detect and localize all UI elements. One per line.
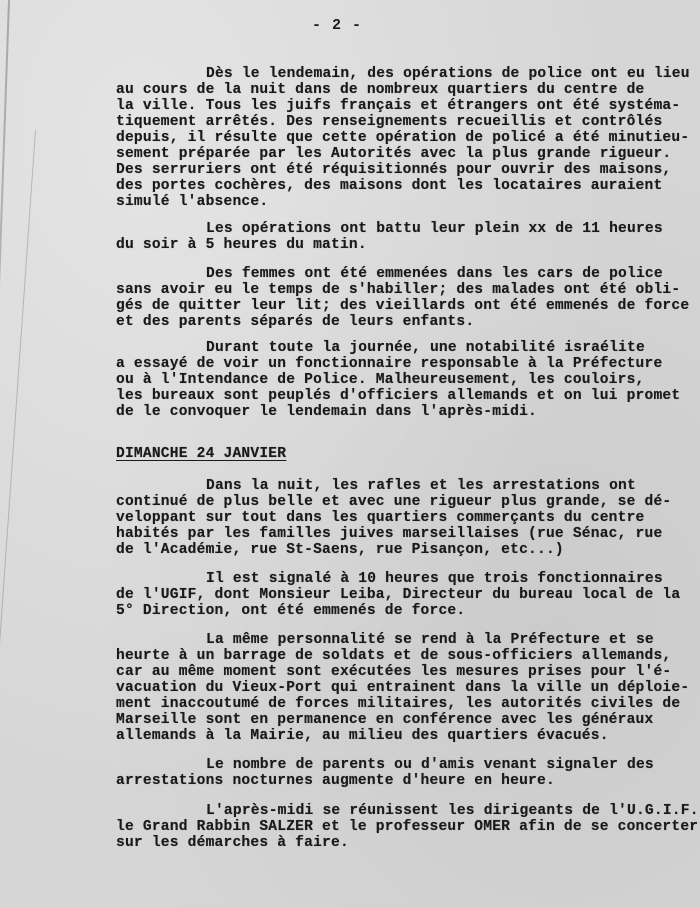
text-line: car au même moment sont exécutées les me…: [116, 664, 671, 680]
text-line: veloppant sur tout dans les quartiers co…: [116, 510, 645, 526]
text-line: sans avoir eu le temps de s'habiller; de…: [116, 282, 680, 298]
text-line: Des femmes ont été emmenées dans les car…: [206, 266, 663, 282]
text-line: Dès le lendemain, des opérations de poli…: [206, 66, 690, 82]
text-line: ment inaccoutumé de forces militaires, l…: [116, 696, 680, 712]
text-line: le Grand Rabbin SALZER et le professeur …: [116, 819, 698, 835]
text-line: Dans la nuit, les rafles et les arrestat…: [206, 478, 636, 494]
text-line: et des parents séparés de leurs enfants.: [116, 314, 474, 330]
text-line: Des serruriers ont été réquisitionnés po…: [116, 162, 671, 178]
text-line: Il est signalé à 10 heures que trois fon…: [206, 571, 663, 587]
paper-crease: [0, 0, 10, 908]
text-line: de l'Académie, rue St-Saens, rue Pisanço…: [116, 542, 564, 558]
text-line: sur les démarches à faire.: [116, 835, 349, 851]
text-line: vacuation du Vieux-Port qui entrainent d…: [116, 680, 689, 696]
text-line: les bureaux sont peuplés d'officiers all…: [116, 388, 680, 404]
text-line: du soir à 5 heures du matin.: [116, 237, 367, 253]
text-line: sement préparée par les Autorités avec l…: [116, 146, 671, 162]
text-line: L'après-midi se réunissent les dirigeant…: [206, 803, 699, 819]
text-line: de l'UGIF, dont Monsieur Leiba, Directeu…: [116, 587, 680, 603]
document-page: - 2 - Dès le lendemain, des opérations d…: [0, 0, 700, 908]
text-line: a essayé de voir un fonctionnaire respon…: [116, 356, 662, 372]
text-line: depuis, il résulte que cette opération d…: [116, 130, 689, 146]
text-line: Les opérations ont battu leur plein xx d…: [206, 221, 663, 237]
text-line: gés de quitter leur lit; des vieillards …: [116, 298, 689, 314]
text-line: continué de plus belle et avec une rigue…: [116, 494, 671, 510]
page-number: - 2 -: [312, 17, 362, 34]
text-line: au cours de la nuit dans de nombreux qua…: [116, 82, 645, 98]
text-line: La même personnalité se rend à la Préfec…: [206, 632, 654, 648]
text-line: des portes cochères, des maisons dont le…: [116, 178, 662, 194]
text-line: 5° Direction, ont été emmenés de force.: [116, 603, 465, 619]
text-line: arrestations nocturnes augmente d'heure …: [116, 773, 555, 789]
section-heading: DIMANCHE 24 JANVIER: [116, 446, 286, 462]
text-line: de le convoquer le lendemain dans l'aprè…: [116, 404, 537, 420]
text-line: tiquement arrêtés. Des renseignements re…: [116, 114, 662, 130]
text-line: Durant toute la journée, une notabilité …: [206, 340, 645, 356]
text-line: ou à l'Intendance de Police. Malheureuse…: [116, 372, 645, 388]
text-line: simulé l'absence.: [116, 194, 268, 210]
text-line: la ville. Tous les juifs français et étr…: [116, 98, 680, 114]
paper-crease: [0, 130, 36, 906]
text-line: heurte à un barrage de soldats et de sou…: [116, 648, 671, 664]
text-line: Marseille sont en permanence en conféren…: [116, 712, 653, 728]
text-line: allemands à la Mairie, au milieu des qua…: [116, 728, 609, 744]
text-line: habités par les familles juives marseill…: [116, 526, 662, 542]
text-line: Le nombre de parents ou d'amis venant si…: [206, 757, 654, 773]
